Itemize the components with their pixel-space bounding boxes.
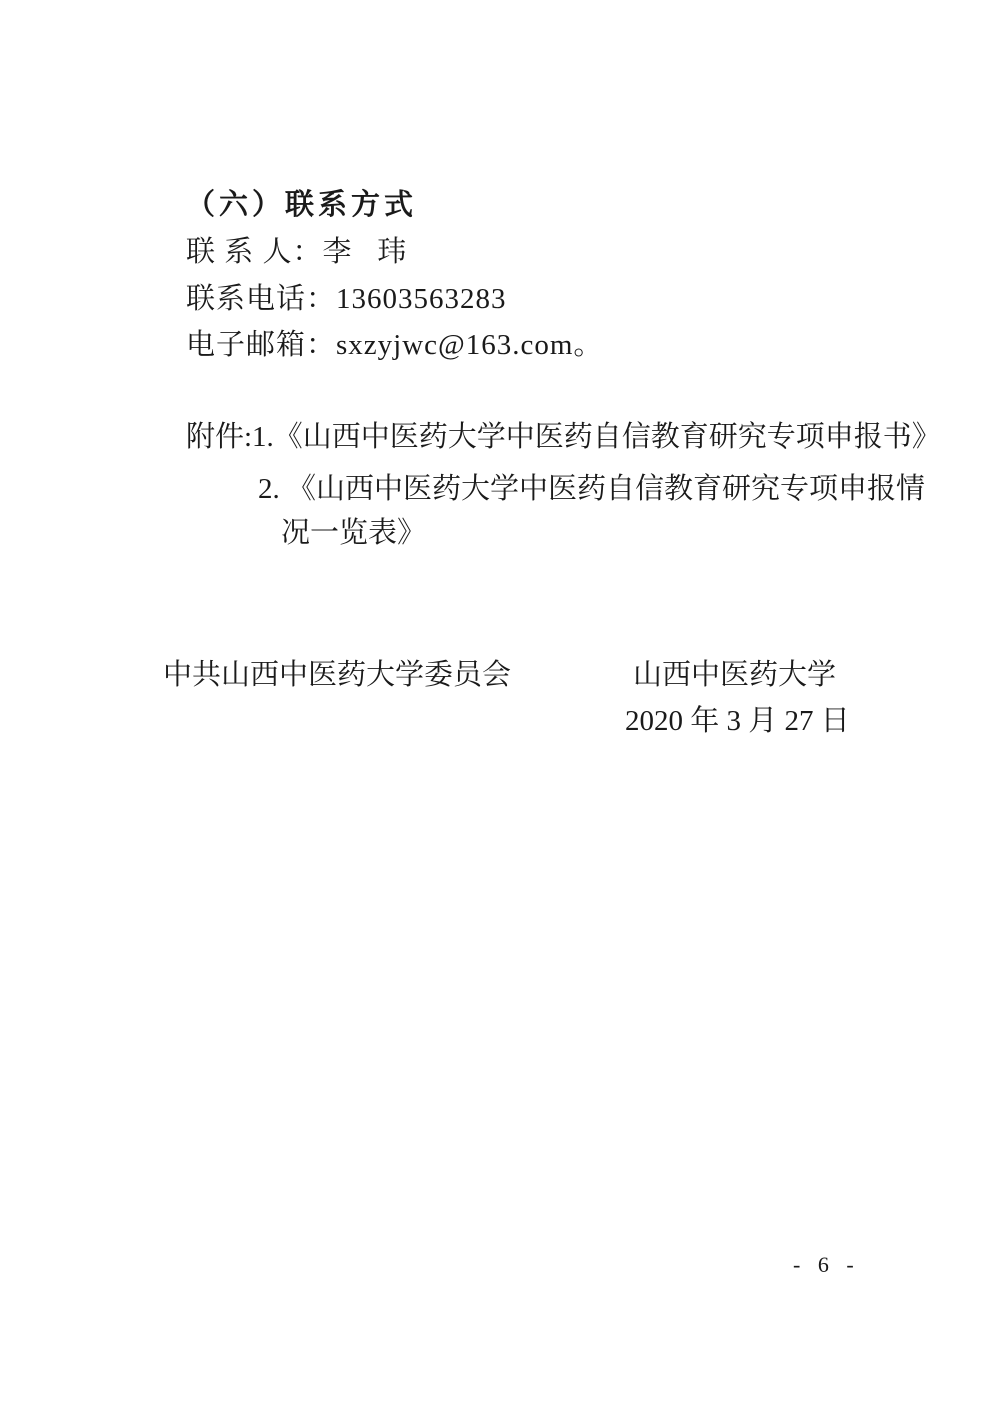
section-heading: （六）联系方式 [186,190,417,222]
document-page: （六）联系方式 联 系 人：李 玮 联系电话：13603563283 电子邮箱：… [0,0,999,1413]
attachment-line-3: 况一览表》 [281,518,426,550]
signature-org-left: 中共山西中医药大学委员会 [163,660,511,692]
attachment-line-1: 附件:1.《山西中医药大学中医药自信教育研究专项申报书》 [186,422,941,454]
attachment-line-2: 2. 《山西中医药大学中医药自信教育研究专项申报情 [258,474,925,506]
contact-email-line: 电子邮箱：sxzyjwc@163.com。 [186,330,603,362]
contact-phone-line: 联系电话：13603563283 [186,284,507,316]
signature-org-right: 山西中医药大学 [633,660,836,692]
contact-person-line: 联 系 人：李 玮 [186,237,407,269]
signature-date: 2020 年 3 月 27 日 [625,706,850,738]
page-number: - 6 - [793,1252,860,1278]
